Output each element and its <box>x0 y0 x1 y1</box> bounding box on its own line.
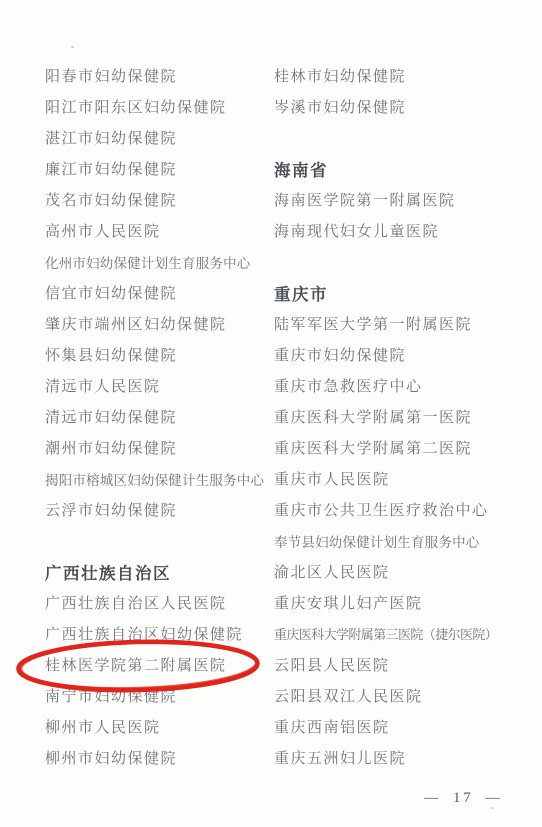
hospital-entry-circled: 桂林医学院第二附属医院 <box>45 649 274 680</box>
hospital-entry: 海南医学院第一附属医院 <box>274 184 542 215</box>
hospital-entry: 廉江市妇幼保健院 <box>45 153 274 184</box>
hospital-entry: 重庆市急救医疗中心 <box>274 370 542 401</box>
hospital-entry: 云阳县双江人民医院 <box>274 680 542 711</box>
right-column: 桂林市妇幼保健院岑溪市妇幼保健院海南省海南医学院第一附属医院海南现代妇女儿童医院… <box>274 60 542 773</box>
hospital-entry: 岑溪市妇幼保健院 <box>274 91 542 122</box>
row-gap <box>274 246 542 277</box>
hospital-entry: 重庆医科大学附属第二医院 <box>274 432 542 463</box>
hospital-entry: 潮州市妇幼保健院 <box>45 432 274 463</box>
document-page: 阳春市妇幼保健院阳江市阳东区妇幼保健院湛江市妇幼保健院廉江市妇幼保健院茂名市妇幼… <box>0 0 542 827</box>
hospital-entry: 渝北区人民医院 <box>274 556 542 587</box>
hospital-entry: 阳江市阳东区妇幼保健院 <box>45 91 274 122</box>
row-gap <box>274 122 542 153</box>
hospital-entry: 海南现代妇女儿童医院 <box>274 215 542 246</box>
hospital-entry: 重庆安琪儿妇产医院 <box>274 587 542 618</box>
section-header: 海南省 <box>274 153 542 184</box>
row-gap <box>45 525 274 556</box>
hospital-entry: 重庆西南铝医院 <box>274 711 542 742</box>
hospital-entry: 重庆五洲妇儿医院 <box>274 742 542 773</box>
hospital-entry: 清远市妇幼保健院 <box>45 401 274 432</box>
hospital-entry: 奉节县妇幼保健计划生育服务中心 <box>274 525 542 556</box>
hospital-entry: 高州市人民医院 <box>45 215 274 246</box>
scan-speck <box>71 46 74 48</box>
hospital-entry: 广西壮族自治区人民医院 <box>45 587 274 618</box>
hospital-entry: 怀集县妇幼保健院 <box>45 339 274 370</box>
hospital-entry: 化州市妇幼保健计划生育服务中心 <box>45 246 274 277</box>
hospital-entry: 云阳县人民医院 <box>274 649 542 680</box>
hospital-list: 阳春市妇幼保健院阳江市阳东区妇幼保健院湛江市妇幼保健院廉江市妇幼保健院茂名市妇幼… <box>45 60 542 773</box>
hospital-entry: 重庆医科大学附属第一医院 <box>274 401 542 432</box>
hospital-entry: 桂林市妇幼保健院 <box>274 60 542 91</box>
hospital-entry: 广西壮族自治区妇幼保健院 <box>45 618 274 649</box>
page-number: — 17 — <box>424 790 503 807</box>
hospital-entry: 重庆医科大学附属第三医院（捷尔医院） <box>274 618 542 649</box>
section-header: 广西壮族自治区 <box>45 556 274 587</box>
hospital-entry: 湛江市妇幼保健院 <box>45 122 274 153</box>
hospital-entry: 陆军军医大学第一附属医院 <box>274 308 542 339</box>
hospital-entry: 茂名市妇幼保健院 <box>45 184 274 215</box>
hospital-entry: 肇庆市端州区妇幼保健院 <box>45 308 274 339</box>
hospital-entry: 阳春市妇幼保健院 <box>45 60 274 91</box>
scan-speck <box>491 807 494 809</box>
left-column: 阳春市妇幼保健院阳江市阳东区妇幼保健院湛江市妇幼保健院廉江市妇幼保健院茂名市妇幼… <box>45 60 274 773</box>
hospital-entry: 柳州市妇幼保健院 <box>45 742 274 773</box>
hospital-entry: 重庆市妇幼保健院 <box>274 339 542 370</box>
hospital-entry: 清远市人民医院 <box>45 370 274 401</box>
hospital-entry: 揭阳市榕城区妇幼保健计生服务中心 <box>45 463 274 494</box>
hospital-entry: 柳州市人民医院 <box>45 711 274 742</box>
hospital-entry: 云浮市妇幼保健院 <box>45 494 274 525</box>
section-header: 重庆市 <box>274 277 542 308</box>
hospital-entry: 信宜市妇幼保健院 <box>45 277 274 308</box>
hospital-entry: 南宁市妇幼保健院 <box>45 680 274 711</box>
hospital-entry: 重庆市公共卫生医疗救治中心 <box>274 494 542 525</box>
hospital-entry: 重庆市人民医院 <box>274 463 542 494</box>
